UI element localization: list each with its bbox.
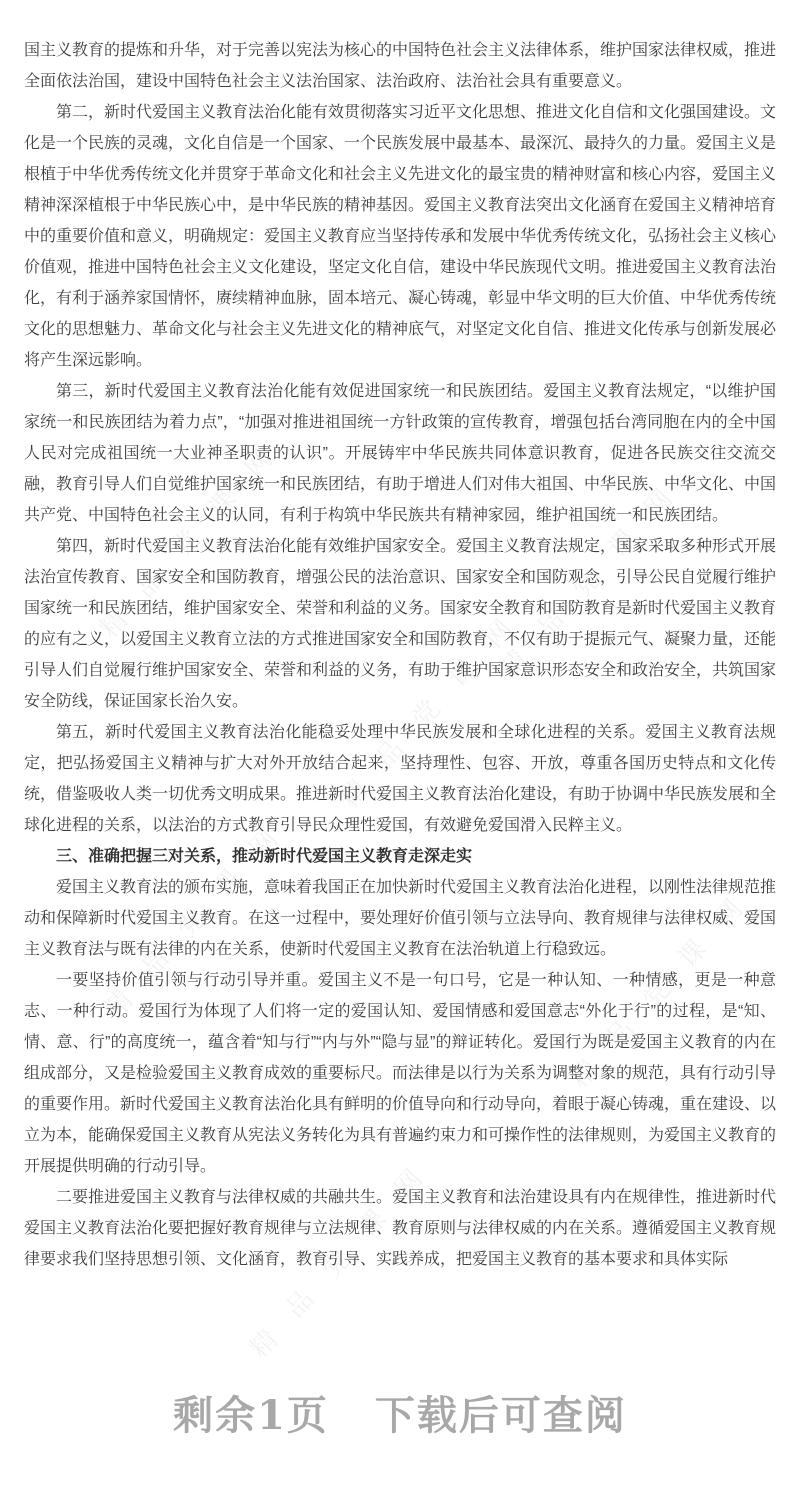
- document-paragraph-second-relation: 二要推进爱国主义教育与法律权威的共融共生。爱国主义教育和法治建设具有内在规律性，…: [24, 1182, 776, 1275]
- document-page: 精品党课网 精品党课网 精品党课网 精品党课网 精品党课网 精品党课网 国主义教…: [0, 0, 800, 1494]
- section-heading: 三、准确把握三对关系，推动新时代爱国主义教育走深走实: [24, 841, 776, 872]
- document-paragraph-point-3: 第三，新时代爱国主义教育法治化能有效促进国家统一和民族团结。爱国主义教育法规定，…: [24, 376, 776, 531]
- download-hint-label: 下载后可查阅: [375, 1392, 627, 1439]
- document-paragraph-intro: 爱国主义教育法的颁布实施，意味着我国正在加快新时代爱国主义教育法治化进程，以刚性…: [24, 872, 776, 965]
- pages-remaining-label: 剩余1页: [173, 1392, 329, 1439]
- document-paragraph-point-4: 第四，新时代爱国主义教育法治化能有效维护国家安全。爱国主义教育法规定，国家采取多…: [24, 531, 776, 717]
- document-content: 国主义教育的提炼和升华，对于完善以宪法为核心的中国特色社会主义法律体系，维护国家…: [24, 35, 776, 1275]
- document-paragraph-point-2: 第二，新时代爱国主义教育法治化能有效贯彻落实习近平文化思想、推进文化自信和文化强…: [24, 97, 776, 376]
- document-paragraph-first-relation: 一要坚持价值引领与行动引导并重。爱国主义不是一句口号，它是一种认知、一种情感，更…: [24, 965, 776, 1182]
- document-paragraph-point-5: 第五，新时代爱国主义教育法治化能稳妥处理中华民族发展和全球化进程的关系。爱国主义…: [24, 717, 776, 841]
- document-paragraph-continuation: 国主义教育的提炼和升华，对于完善以宪法为核心的中国特色社会主义法律体系，维护国家…: [24, 35, 776, 97]
- preview-footer: 剩余1页下载后可查阅: [0, 1390, 800, 1442]
